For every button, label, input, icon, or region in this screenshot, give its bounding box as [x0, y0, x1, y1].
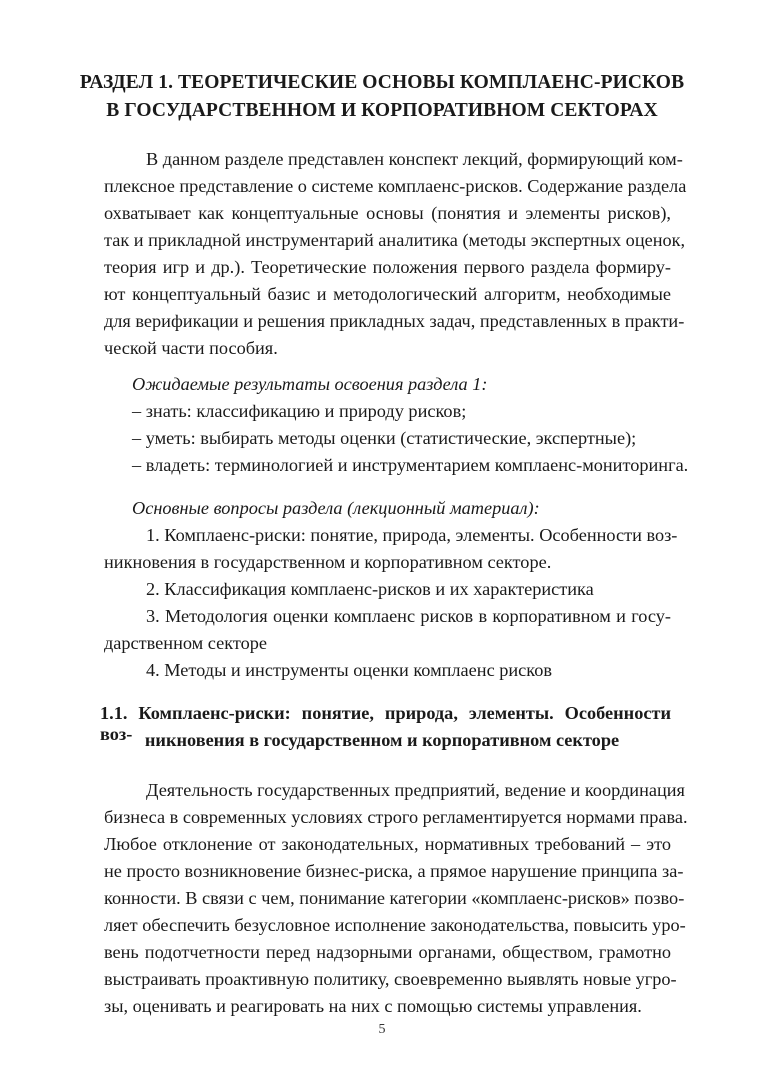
intro-line: для верификации и решения прикладных зад… — [104, 311, 671, 332]
main-questions-line: 3. Методология оценки комплаенс рисков в… — [146, 606, 671, 627]
expected-results-item: – уметь: выбирать методы оценки (статист… — [132, 428, 699, 449]
subsection-title-line-2: никновения в государственном и корпорати… — [0, 730, 764, 751]
page-number: 5 — [0, 1022, 764, 1038]
body-line: ляет обеспечить безусловное исполнение з… — [104, 915, 671, 936]
expected-results-heading: Ожидаемые результаты освоения раздела 1: — [132, 374, 699, 395]
document-page: РАЗДЕЛ 1. ТЕОРЕТИЧЕСКИЕ ОСНОВЫ КОМПЛАЕНС… — [0, 0, 764, 1080]
body-line: не просто возникновение бизнес-риска, а … — [104, 861, 671, 882]
main-questions-line: 2. Классификация комплаенс-рисков и их х… — [146, 579, 671, 600]
main-questions-heading: Основные вопросы раздела (лекционный мат… — [132, 498, 699, 519]
body-line: бизнеса в современных условиях строго ре… — [104, 807, 671, 828]
intro-line: В данном разделе представлен конспект ле… — [146, 149, 671, 170]
body-line: вень подотчетности перед надзорными орга… — [104, 942, 671, 963]
intro-line: ют концептуальный базис и методологическ… — [104, 284, 671, 305]
main-questions-line: дарственном секторе — [104, 633, 671, 654]
body-line: Деятельность государственных предприятий… — [146, 780, 671, 801]
intro-line: ческой части пособия. — [104, 338, 671, 359]
main-questions-line: 4. Методы и инструменты оценки комплаенс… — [146, 660, 671, 681]
expected-results-item: – владеть: терминологией и инструментари… — [132, 455, 699, 476]
intro-line: так и прикладной инструментарий аналитик… — [104, 230, 671, 251]
main-questions-line: 1. Комплаенс-риски: понятие, природа, эл… — [146, 525, 671, 546]
intro-line: плексное представление о системе комплае… — [104, 176, 671, 197]
intro-line: теория игр и др.). Теоретические положен… — [104, 257, 671, 278]
expected-results-item: – знать: классификацию и природу рисков; — [132, 401, 699, 422]
main-questions-line: никновения в государственном и корпорати… — [104, 552, 671, 573]
section-title-line-1: РАЗДЕЛ 1. ТЕОРЕТИЧЕСКИЕ ОСНОВЫ КОМПЛАЕНС… — [0, 72, 764, 94]
body-line: Любое отклонение от законодательных, нор… — [104, 834, 671, 855]
section-title-line-2: В ГОСУДАРСТВЕННОМ И КОРПОРАТИВНОМ СЕКТОР… — [0, 100, 764, 122]
intro-line: охватывает как концептуальные основы (по… — [104, 203, 671, 224]
body-line: конности. В связи с чем, понимание катег… — [104, 888, 671, 909]
body-line: выстраивать проактивную политику, своевр… — [104, 969, 671, 990]
body-line: зы, оценивать и реагировать на них с пом… — [104, 996, 671, 1017]
